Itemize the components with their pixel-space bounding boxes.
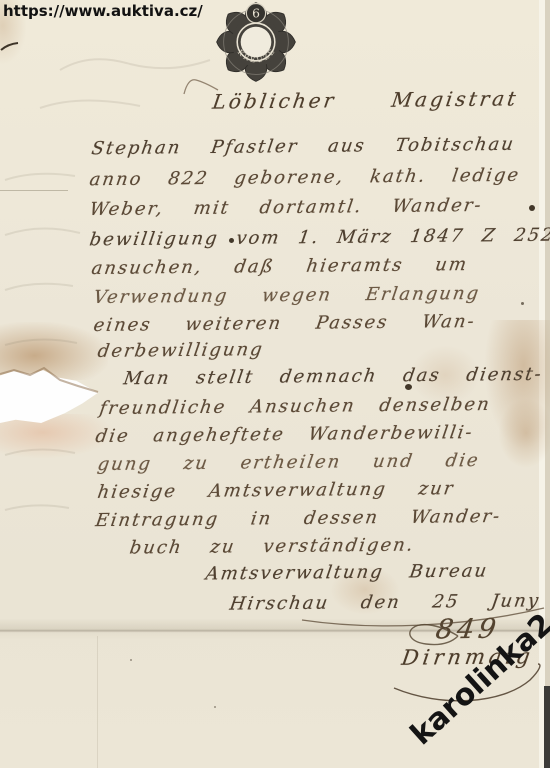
revenue-stamp: KREUZER 6 [212, 0, 300, 84]
handwriting-line: derbewilligung [96, 339, 265, 362]
handwriting-line: Weber, mit dortamtl. Wander- [88, 195, 484, 220]
handwriting-line: freundliche Ansuchen denselben [98, 394, 492, 419]
watermark-url: https://www.auktiva.cz/ [3, 2, 203, 20]
handwriting-line: gung zu ertheilen und die [96, 450, 481, 475]
scan-edge-dark [545, 0, 550, 768]
year-loop-flourish [392, 606, 462, 656]
ghost-writing [0, 30, 220, 590]
stamp-value-text: 6 [252, 7, 260, 21]
letter-heading: Löblicher Magistrat [211, 86, 520, 113]
handwriting-line: Verwendung wegen Erlangung [92, 283, 482, 308]
handwriting-line: Man stellt demnach das dienst- [122, 364, 544, 389]
handwriting-line: bewilligung vom 1. März 1847 Z 252 [88, 225, 550, 251]
fold-crease-vertical [97, 636, 98, 768]
handwriting-line: ansuchen, daß hieramts um [90, 254, 469, 279]
ink-speck [521, 302, 524, 305]
letter-scan: KREUZER 6 Löblicher Magistrat Stephan Pf… [0, 0, 550, 768]
ink-speck [214, 706, 216, 708]
handwriting-line: Stephan Pfastler aus Tobitschau [90, 134, 516, 159]
tear-edge-shadow [0, 362, 105, 422]
ink-speck [529, 205, 535, 211]
ink-speck [229, 238, 234, 243]
ink-speck [130, 659, 132, 661]
handwriting-line: hiesige Amtsverwaltung zur [96, 478, 456, 503]
handwriting-line: die angeheftete Wanderbewilli- [94, 422, 475, 447]
handwriting-line: Eintragung in dessen Wander- [94, 506, 503, 531]
closing-line: Amtsverwaltung Bureau [204, 561, 489, 585]
handwriting-line: eines weiteren Passes Wan- [92, 311, 477, 336]
handwriting-line: anno 822 geborene, kath. ledige [88, 165, 522, 190]
ink-speck [405, 384, 412, 390]
ink-mark-left-edge [0, 40, 20, 54]
handwriting-line: buch zu verständigen. [128, 535, 416, 559]
